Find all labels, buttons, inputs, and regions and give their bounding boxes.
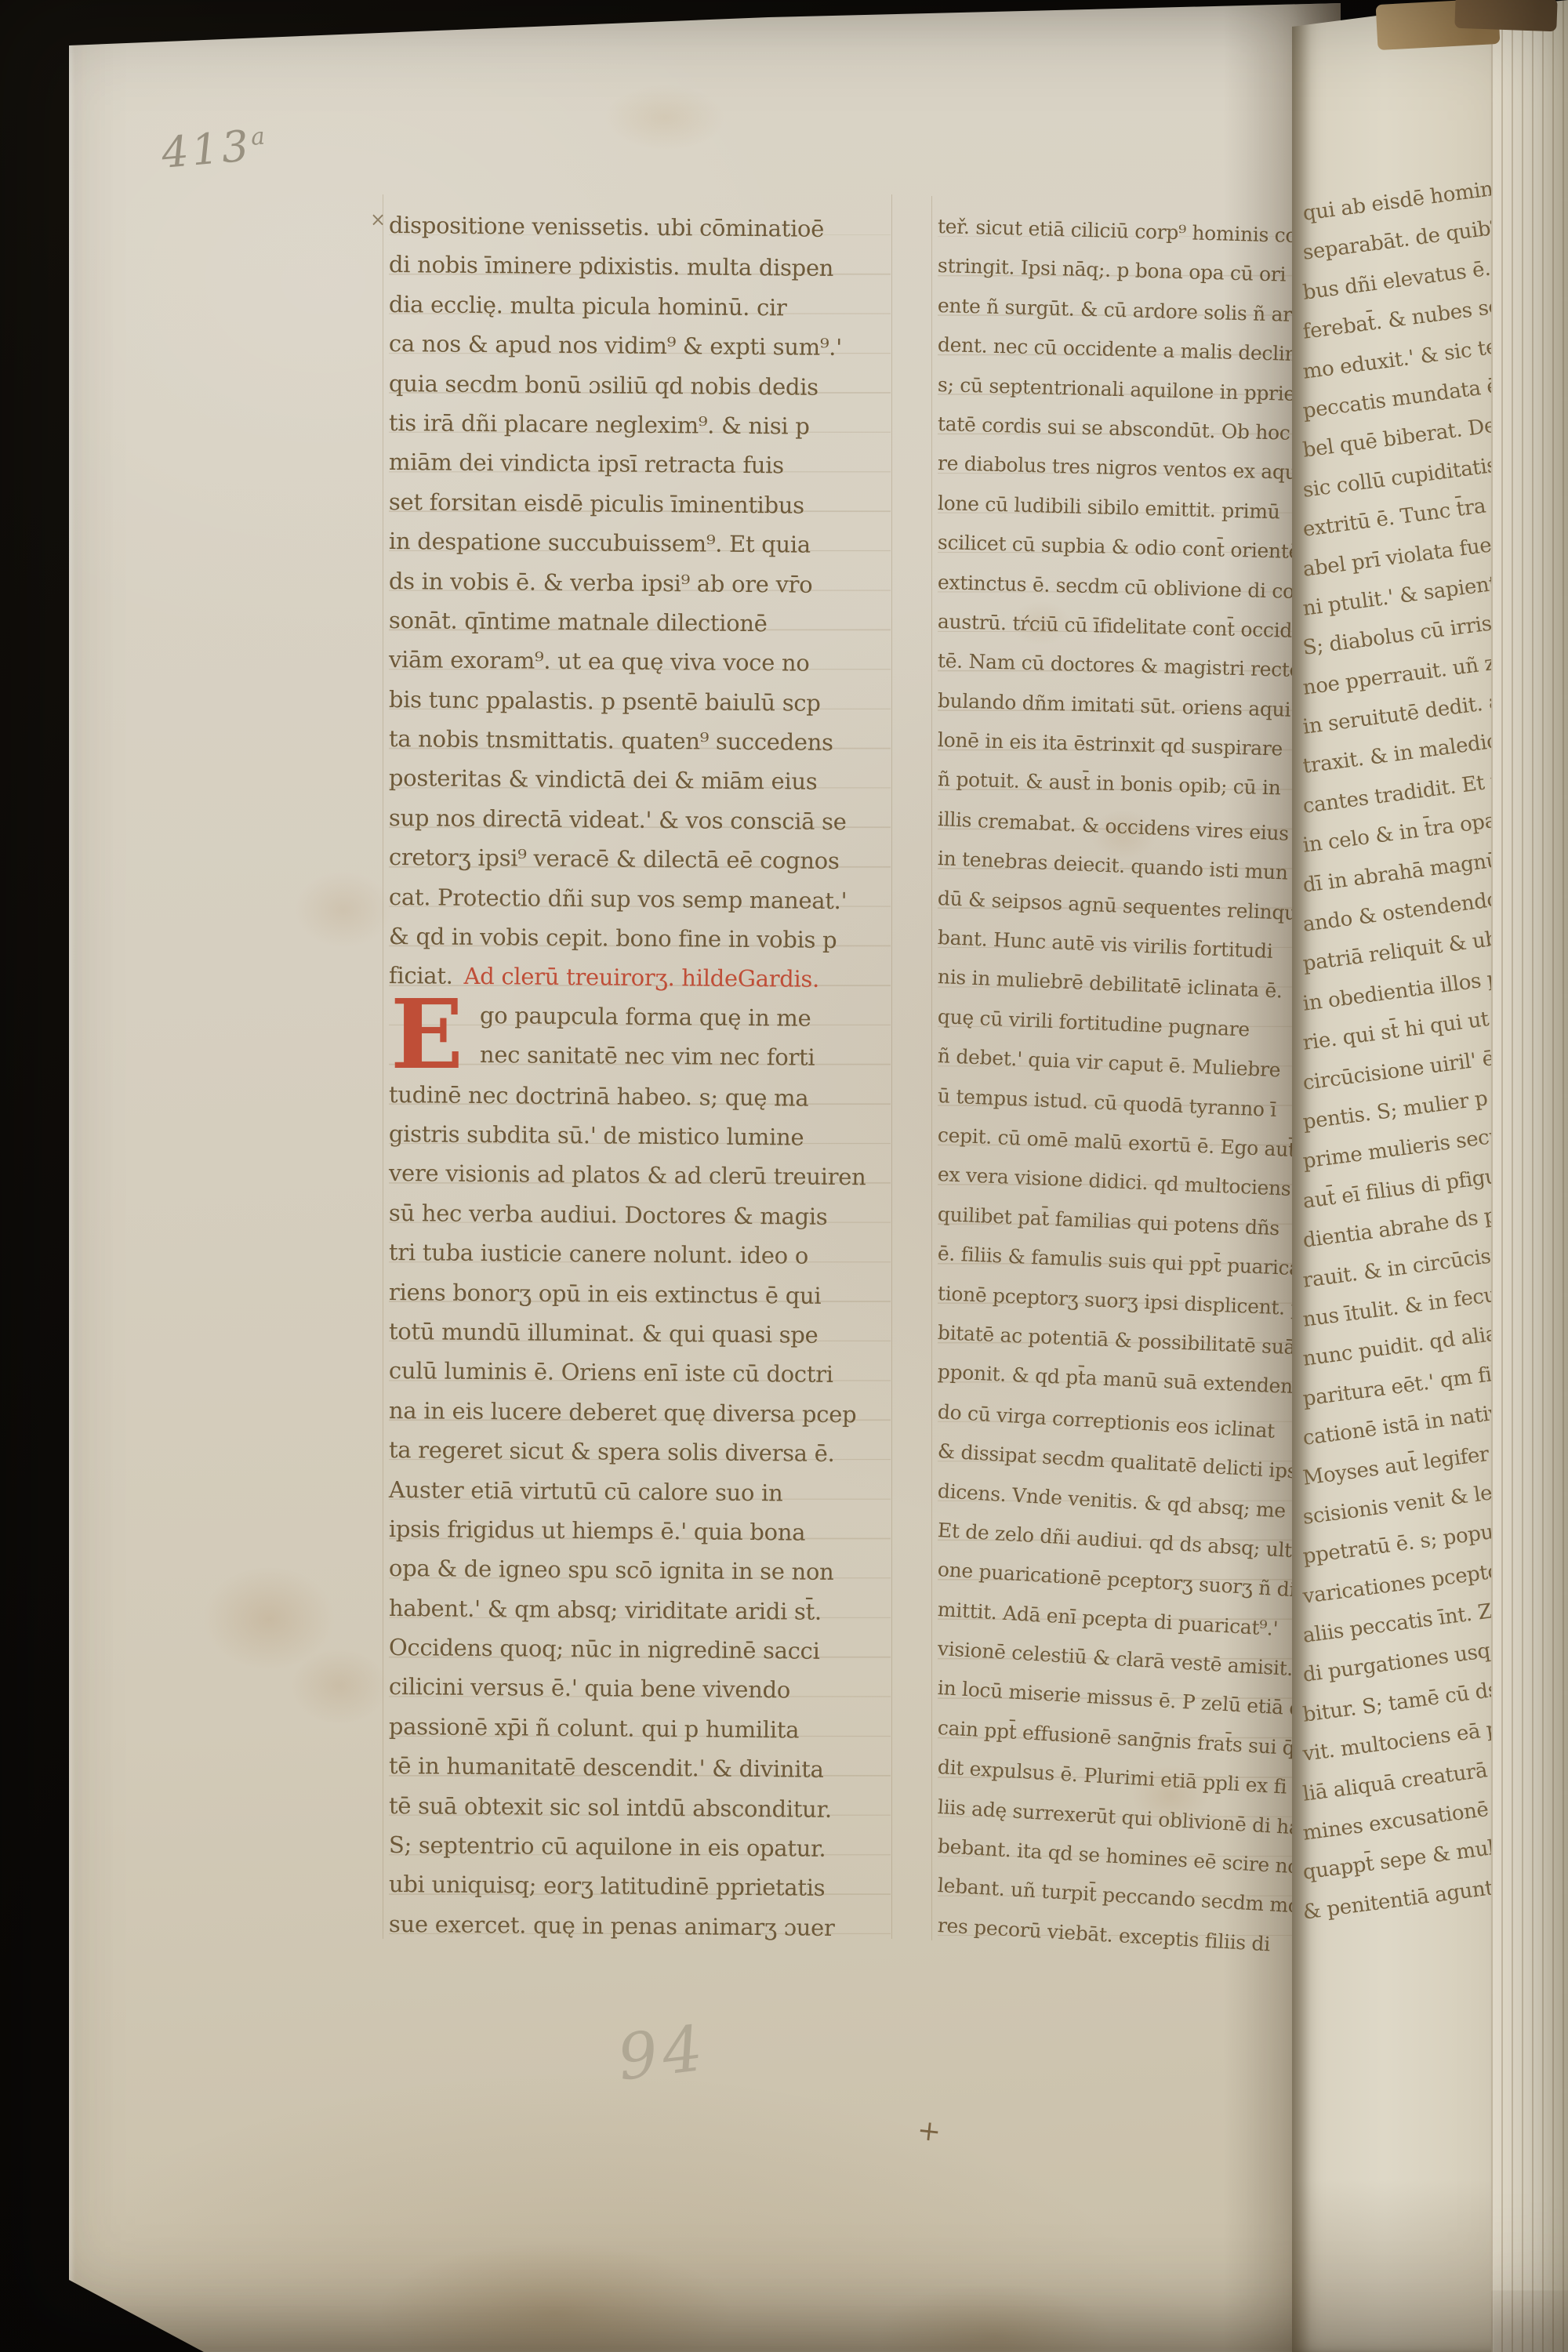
text-line: sonāt. qīntime matnale dilectionē	[389, 601, 891, 644]
column1-lower-lines: tudinē nec doctrinā habeo. s; quę magist…	[389, 1075, 891, 1944]
page-corner-tip-dark	[1454, 0, 1557, 31]
text-line: ipsis frigidus ut hiemps ē.' quia bona	[389, 1509, 891, 1553]
text-line: & qd in vobis cepit. bono fine in vobis …	[389, 916, 891, 960]
initial-E: E	[390, 986, 463, 1082]
text-column-left: dispositione venissetis. ubi cōminatioēd…	[389, 205, 891, 1944]
text-line: sū hec verba audiui. Doctores & magis	[389, 1193, 891, 1237]
rubric-line: ficiat.Ad clerū treuirorʒ. hildeGardis.	[389, 956, 891, 1000]
text-line: sue exercet. quę in penas animarʒ ɔuer	[389, 1904, 891, 1948]
facing-page-edge: qui ab eisdē hominib⁹ & amseparabāt. de …	[1292, 0, 1497, 2352]
folio-number: 413a	[160, 119, 271, 178]
text-line: set forsitan eisdē piculis īminentibus	[389, 482, 891, 526]
text-line: ca nos & apud nos vidim⁹ & expti sum⁹.'	[389, 324, 891, 368]
text-line: cilicini versus ē.' quia bene vivendo	[389, 1667, 891, 1711]
text-line: Auster etiā virtutū cū calore suo in	[389, 1470, 891, 1514]
text-line: tudinē nec doctrinā habeo. s; quę ma	[389, 1075, 891, 1119]
text-line: tē in humanitatē descendit.' & divinita	[389, 1746, 891, 1790]
text-line: miām dei vindicta ipsī retracta fuis	[389, 442, 891, 486]
text-line: nec sanitatē nec vim nec forti	[480, 1035, 891, 1078]
text-line: ta nobis tnsmittatis. quaten⁹ succedens	[389, 719, 891, 763]
text-line: riens bonorʒ opū in eis extinctus ē qui	[389, 1272, 891, 1316]
book-fore-edge	[1491, 0, 1568, 2352]
text-line: passionē xp̄i ñ colunt. qui p humilita	[389, 1707, 891, 1751]
photo-background: 413a × dispositione venissetis. ubi cōmi…	[0, 0, 1568, 2352]
manuscript-page: 413a × dispositione venissetis. ubi cōmi…	[69, 0, 1341, 2352]
text-line: viām exoram⁹. ut ea quę viva voce no	[389, 640, 891, 684]
text-line: bis tunc ppalastis. p psentē baiulū scp	[389, 680, 891, 724]
margin-mark: ×	[370, 209, 386, 230]
text-line: dispositione venissetis. ubi cōminatioē	[389, 205, 891, 249]
quire-mark: +	[916, 2114, 942, 2149]
text-line: di nobis īminere pdixistis. multa dispen	[389, 245, 891, 289]
text-line: na in eis lucere deberet quę diversa pce…	[389, 1391, 891, 1435]
text-line: Occidens quoq; nūc in nigredinē sacci	[389, 1628, 891, 1671]
pencil-page-number: 94	[614, 2011, 711, 2094]
folio-suffix: a	[250, 122, 270, 151]
text-line: culū luminis ē. Oriens enī iste cū doctr…	[389, 1351, 891, 1395]
facing-page-lines: qui ab eisdē hominib⁹ & amseparabāt. de …	[1303, 194, 1497, 1933]
text-line: gistris subdita sū.' de mistico lumine	[389, 1114, 891, 1158]
text-line: ds in vobis ē. & verba ipsi⁹ ab ore vr̄o	[389, 561, 891, 605]
folio-digits: 413	[160, 121, 254, 178]
text-line: cretorʒ ipsi⁹ veracē & dilectā eē cognos	[389, 837, 891, 881]
text-line: habent.' & qm absq; viriditate aridi st̄…	[389, 1588, 891, 1632]
text-line: in despatione succubuissem⁹. Et quia	[389, 521, 891, 565]
text-line: S; septentrio cū aquilone in eis opatur.	[389, 1825, 891, 1869]
text-line: tis irā dñi placare neglexim⁹. & nisi p	[389, 403, 891, 447]
facing-page-text-column: qui ab eisdē hominib⁹ & amseparabāt. de …	[1303, 194, 1497, 1933]
text-line: dia ecclię. multa picula hominū. cir	[389, 285, 891, 328]
text-line: sup nos directā videat.' & vos consciā s…	[389, 798, 891, 842]
initial-block: E go paupcula forma quę in me nec sanita…	[389, 996, 891, 1075]
column1-upper-lines: dispositione venissetis. ubi cōminatioēd…	[389, 205, 891, 956]
rubric-text: Ad clerū treuirorʒ. hildeGardis.	[463, 963, 819, 993]
text-line: opa & de igneo spu scō ignita in se non	[389, 1548, 891, 1592]
text-line: tri tuba iusticie canere nolunt. ideo o	[389, 1232, 891, 1276]
text-line: vere visionis ad platos & ad clerū treui…	[389, 1153, 891, 1197]
facing-page-shadow	[1292, 2180, 1497, 2352]
text-line: go paupcula forma quę in me	[480, 996, 891, 1039]
text-line: quia secdm bonū ɔsiliū qd nobis dedis	[389, 364, 891, 408]
text-line: posteritas & vindictā dei & miām eius	[389, 758, 891, 802]
text-line: totū mundū illuminat. & qui quasi spe	[389, 1312, 891, 1356]
text-line: tē suā obtexit sic sol intdū absconditur…	[389, 1786, 891, 1830]
text-line: ubi uniquisq; eorʒ latitudinē pprietatis	[389, 1864, 891, 1908]
text-line: cat. Protectio dñi sup vos semp maneat.'	[389, 877, 891, 921]
text-line: ta regeret sicut & spera solis diversa ē…	[389, 1430, 891, 1474]
